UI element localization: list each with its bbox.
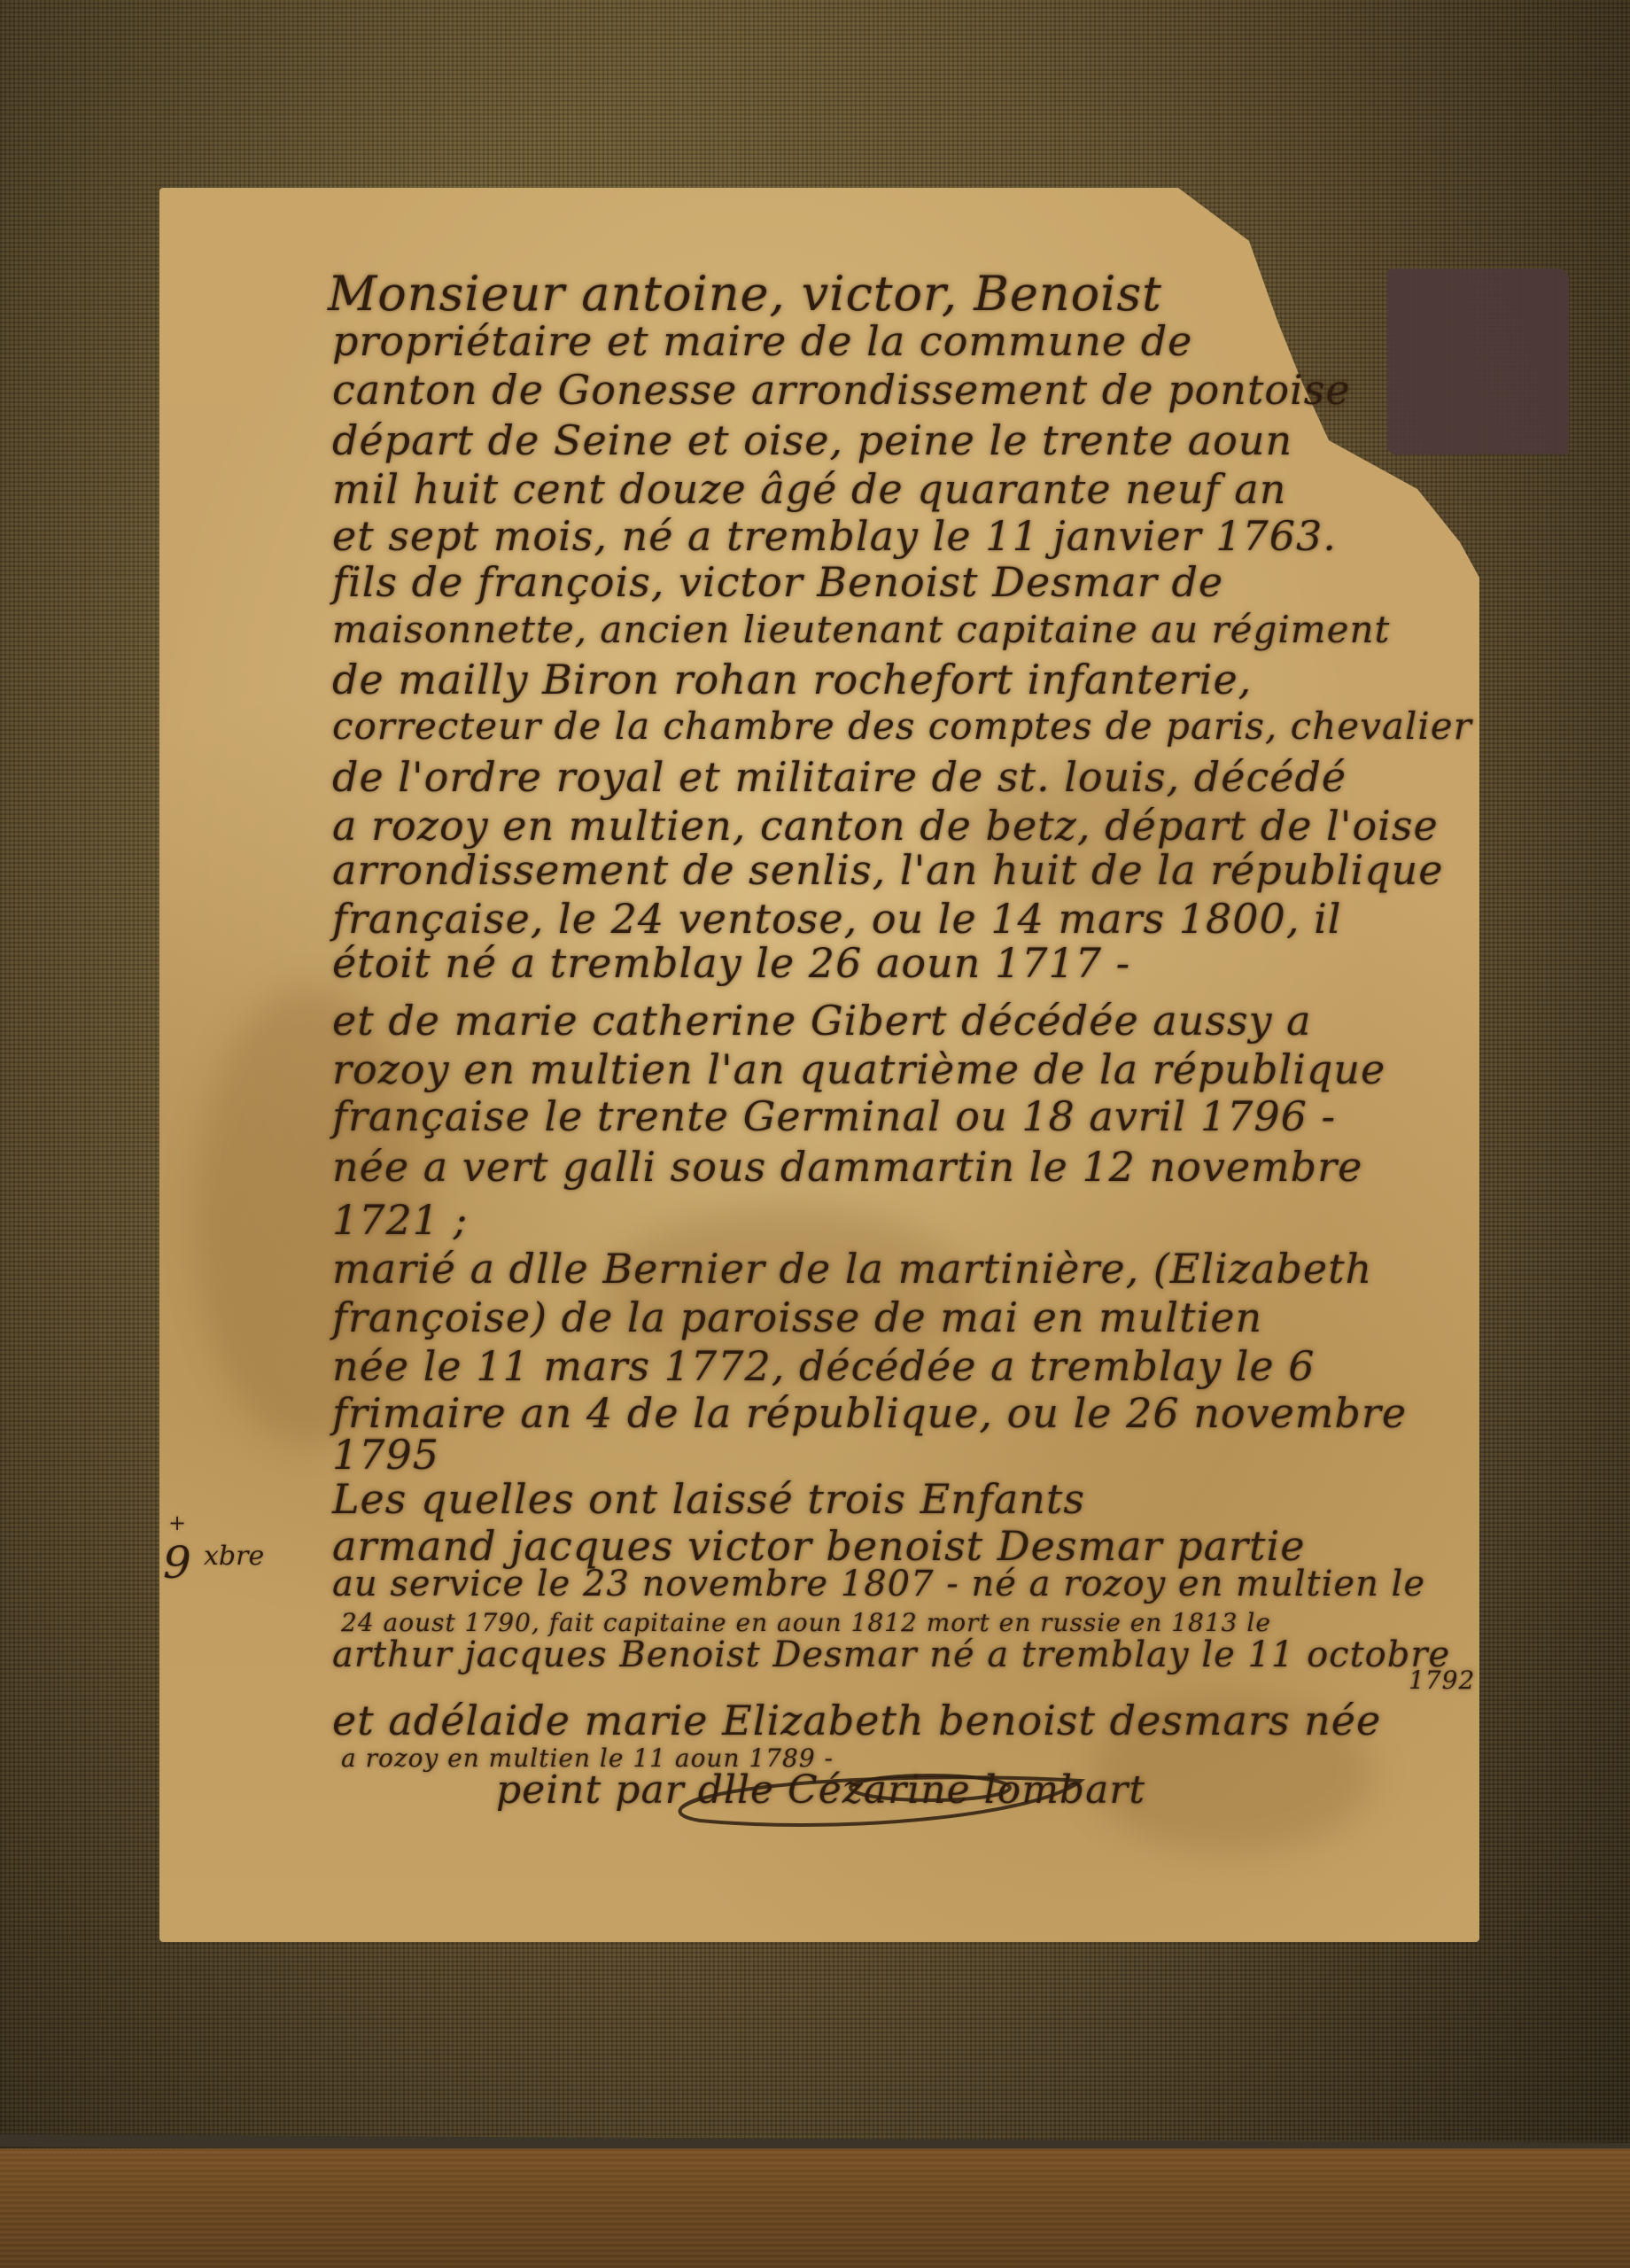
text-line-9: de mailly Biron rohan rochefort infanter… <box>332 656 1252 703</box>
text-line-19: née a vert galli sous dammartin le 12 no… <box>332 1143 1362 1191</box>
text-line-22: françoise) de la paroisse de mai en mult… <box>332 1293 1262 1341</box>
text-line-4: départ de Seine et oise, peine le trente… <box>332 416 1292 464</box>
text-line-16: et de marie catherine Gibert décédée aus… <box>332 997 1312 1045</box>
text-line-18: française le trente Germinal ou 18 avril… <box>332 1092 1336 1140</box>
text-line-6: et sept mois, né a tremblay le 11 janvie… <box>332 512 1337 560</box>
signature-flourish-icon <box>664 1763 1125 1834</box>
text-line-20: 1721 ; <box>332 1196 468 1244</box>
text-line-10: correcteur de la chambre des comptes de … <box>332 704 1472 748</box>
text-line-28: au service le 23 novembre 1807 - né a ro… <box>332 1564 1425 1604</box>
text-line-15: étoit né a tremblay le 26 aoun 1717 - <box>332 939 1130 987</box>
margin-cross-mark: + <box>168 1511 186 1535</box>
text-line-8: maisonnette, ancien lieutenant capitaine… <box>332 608 1390 651</box>
text-line-27: armand jacques victor benoist Desmar par… <box>332 1522 1305 1570</box>
text-line-24: frimaire an 4 de la république, ou le 26… <box>332 1389 1407 1437</box>
text-line-3: canton de Gonesse arrondissement de pont… <box>332 366 1351 414</box>
manuscript-text: Monsieur antoine, victor, Benoist propri… <box>0 0 1630 2268</box>
text-line-26: Les quelles ont laissé trois Enfants <box>332 1475 1085 1523</box>
margin-number: 9 <box>163 1537 191 1588</box>
text-line-1: Monsieur antoine, victor, Benoist <box>328 266 1162 322</box>
text-line-11: de l'ordre royal et militaire de st. lou… <box>332 753 1347 801</box>
text-line-5: mil huit cent douze âgé de quarante neuf… <box>332 465 1286 513</box>
text-line-7: fils de françois, victor Benoist Desmar … <box>332 558 1223 606</box>
text-line-13: arrondissement de senlis, l'an huit de l… <box>332 846 1444 894</box>
text-line-23: née le 11 mars 1772, décédée a tremblay … <box>332 1342 1316 1390</box>
text-line-32: et adélaide marie Elizabeth benoist desm… <box>332 1697 1381 1744</box>
wood-frame <box>0 2148 1630 2268</box>
margin-abbreviation: xbre <box>204 1541 264 1572</box>
text-line-29: 24 aoust 1790, fait capitaine en aoun 18… <box>341 1608 1271 1637</box>
text-line-30: arthur jacques Benoist Desmar né a tremb… <box>332 1635 1450 1675</box>
text-line-2: propriétaire et maire de la commune de <box>332 317 1192 365</box>
text-line-25: 1795 <box>332 1431 439 1479</box>
text-line-21: marié a dlle Bernier de la martinière, (… <box>332 1245 1372 1293</box>
text-line-12: a rozoy en multien, canton de betz, dépa… <box>332 802 1439 850</box>
text-line-17: rozoy en multien l'an quatrième de la ré… <box>332 1045 1385 1093</box>
text-line-31: 1792 <box>1409 1666 1475 1695</box>
text-line-14: française, le 24 ventose, ou le 14 mars … <box>332 895 1342 943</box>
